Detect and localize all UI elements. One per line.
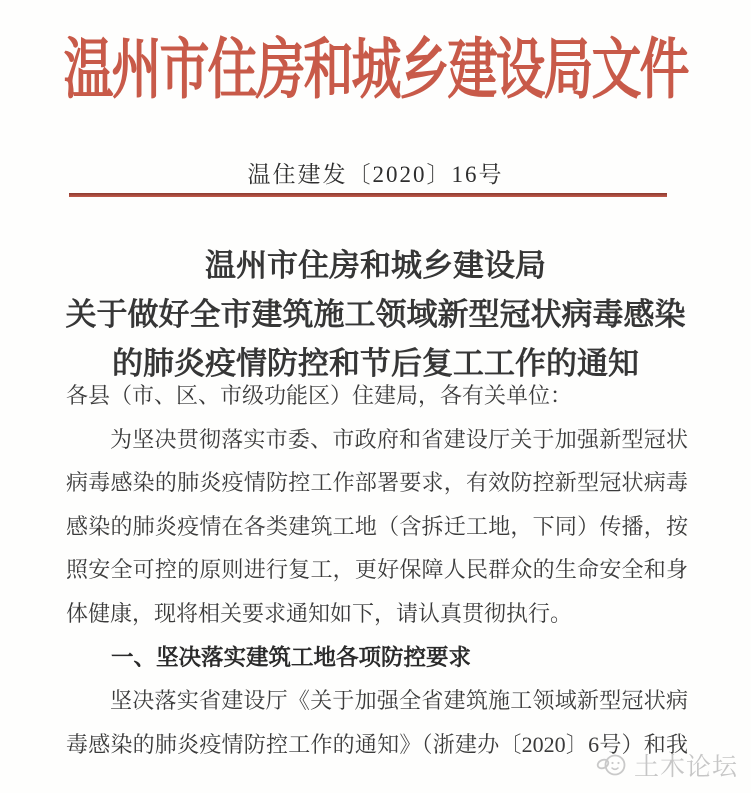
document-title: 温州市住房和城乡建设局 关于做好全市建筑施工领域新型冠状病毒感染 的肺炎疫情防控… bbox=[64, 241, 687, 388]
document-page: 温州市住房和城乡建设局文件 温住建发〔2020〕16号 温州市住房和城乡建设局 … bbox=[0, 0, 751, 793]
paragraph1-line-3: 感染的肺炎疫情在各类建筑工地（含拆迁工地，下同）传播，按 bbox=[66, 505, 688, 549]
document-body: 各县（市、区、市级功能区）住建局，各有关单位： 为坚决贯彻落实市委、市政府和省建… bbox=[66, 374, 688, 766]
paragraph1-line-1: 为坚决贯彻落实市委、市政府和省建设厅关于加强新型冠状 bbox=[66, 418, 688, 462]
red-header-title: 温州市住房和城乡建设局文件 bbox=[0, 17, 751, 112]
forum-mascot-icon bbox=[595, 751, 629, 779]
paragraph1-line-4: 照安全可控的原则进行复工，更好保障人民群众的生命安全和身 bbox=[66, 548, 688, 592]
watermark: 土木论坛 bbox=[595, 747, 738, 783]
paragraph1-line-5: 体健康，现将相关要求通知如下，请认真贯彻执行。 bbox=[66, 592, 688, 636]
document-number: 温住建发〔2020〕16号 bbox=[0, 156, 751, 189]
paragraph1-line-2: 病毒感染的肺炎疫情防控工作部署要求，有效防控新型冠状病毒 bbox=[66, 461, 688, 505]
paragraph2-line-1: 坚决落实省建设厅《关于加强全省建筑施工领域新型冠状病 bbox=[66, 679, 688, 723]
red-divider-line bbox=[69, 193, 667, 197]
title-line-2: 关于做好全市建筑施工领域新型冠状病毒感染 bbox=[64, 290, 687, 339]
section1-heading: 一、坚决落实建筑工地各项防控要求 bbox=[66, 636, 688, 680]
watermark-text: 土木论坛 bbox=[634, 747, 738, 783]
title-line-1: 温州市住房和城乡建设局 bbox=[64, 241, 687, 290]
salutation-line: 各县（市、区、市级功能区）住建局，各有关单位： bbox=[66, 374, 688, 418]
